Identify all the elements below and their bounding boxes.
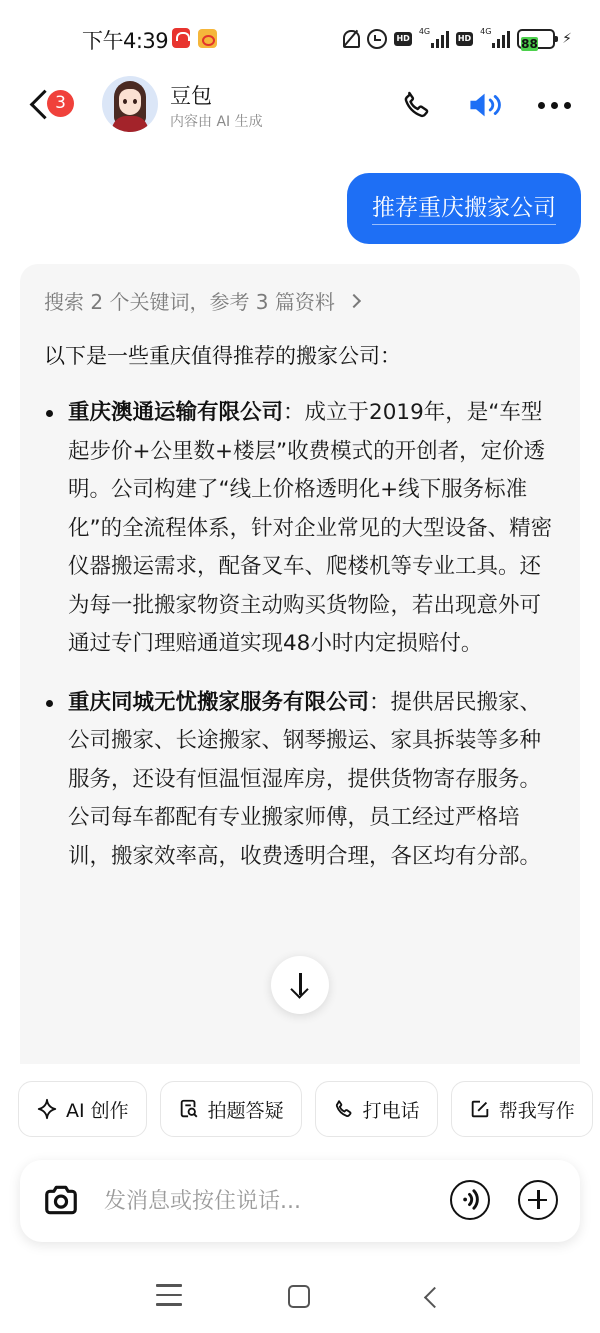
phone-icon [333,1098,355,1120]
phone-icon [400,88,434,122]
status-bar: 下午4:39 HD 4G HD 4G 88 ⚡ [0,0,600,60]
voice-input-button[interactable] [450,1180,490,1220]
bot-name[interactable]: 豆包 [170,80,212,110]
voice-wave-icon [452,1182,487,1217]
scroll-to-bottom-button[interactable] [271,956,329,1014]
dot-icon [538,102,545,109]
message-composer [20,1160,580,1242]
user-message-bubble[interactable]: 推荐重庆搬家公司 [347,173,581,244]
more-options-button[interactable] [536,90,572,120]
company-description: 成立于2019年，是“车型起步价+公里数+楼层”收费模式的开创者，定价透明。公司… [68,400,552,656]
chevron-right-icon [347,293,361,307]
company-description: 提供居民搬家、公司搬家、长途搬家、钢琴搬运、家具拆装等多种服务，还设有恒温恒湿库… [68,690,541,869]
speaker-icon [466,88,506,122]
message-input[interactable] [104,1178,434,1224]
company-name: 重庆澳通运输有限公司 [68,400,283,425]
phone-call-button[interactable] [400,88,434,122]
weibo-notification-icon [198,29,217,48]
camera-icon [42,1182,80,1218]
notification-app-icon [172,28,190,48]
silent-bell-icon [340,28,360,50]
battery-level: 88 [521,37,538,51]
shortcut-ai-create[interactable]: AI 创作 [18,1081,147,1137]
voice-playback-button[interactable] [466,88,506,122]
assistant-answer-card: 搜索 2 个关键词，参考 3 篇资料 以下是一些重庆值得推荐的搬家公司： 重庆澳… [20,264,580,1064]
unread-badge: 3 [47,90,74,117]
hd-icon: HD [394,32,411,46]
dot-icon [551,102,558,109]
status-icons: HD 4G HD 4G 88 ⚡ [340,26,572,52]
camera-button[interactable] [42,1182,80,1218]
shortcut-photo-question[interactable]: 拍题答疑 [160,1081,302,1137]
bullet-icon [46,410,53,417]
avatar[interactable] [102,76,158,132]
status-time: 下午4:39 [82,25,168,55]
company-list: 重庆澳通运输有限公司：成立于2019年，是“车型起步价+公里数+楼层”收费模式的… [44,394,554,896]
shortcut-bar: AI 创作 拍题答疑 打电话 帮我写作 [18,1081,593,1137]
battery-icon: 88 [517,29,555,49]
photo-search-icon [178,1098,200,1120]
answer-intro: 以下是一些重庆值得推荐的搬家公司： [44,340,401,370]
signal-icon: 4G [480,30,510,48]
user-message-text: 推荐重庆搬家公司 [372,195,556,225]
ai-generated-label: 内容由 AI 生成 [170,111,263,131]
recent-apps-button[interactable] [156,1284,182,1308]
alarm-icon [367,29,387,49]
system-back-button[interactable] [420,1286,444,1310]
hd-icon: HD [456,32,473,46]
list-item: 重庆同城无忧搬家服务有限公司：提供居民搬家、公司搬家、长途搬家、钢琴搬运、家具拆… [44,684,554,877]
shortcut-phone-call[interactable]: 打电话 [315,1081,438,1137]
signal-icon: 4G [419,30,449,48]
sparkle-icon [36,1098,58,1120]
add-attachment-button[interactable] [518,1180,558,1220]
home-button[interactable] [288,1285,310,1308]
chat-header: 3 豆包 内容由 AI 生成 [0,70,600,140]
references-summary: 搜索 2 个关键词，参考 3 篇资料 [44,286,335,315]
shortcut-write[interactable]: 帮我写作 [451,1081,593,1137]
references-toggle[interactable]: 搜索 2 个关键词，参考 3 篇资料 [44,286,359,315]
company-name: 重庆同城无忧搬家服务有限公司 [68,690,369,715]
edit-icon [469,1098,491,1120]
bullet-icon [46,700,53,707]
dot-icon [564,102,571,109]
system-nav-bar [0,1262,600,1333]
charging-icon: ⚡ [562,31,572,47]
list-item: 重庆澳通运输有限公司：成立于2019年，是“车型起步价+公里数+楼层”收费模式的… [44,394,554,664]
